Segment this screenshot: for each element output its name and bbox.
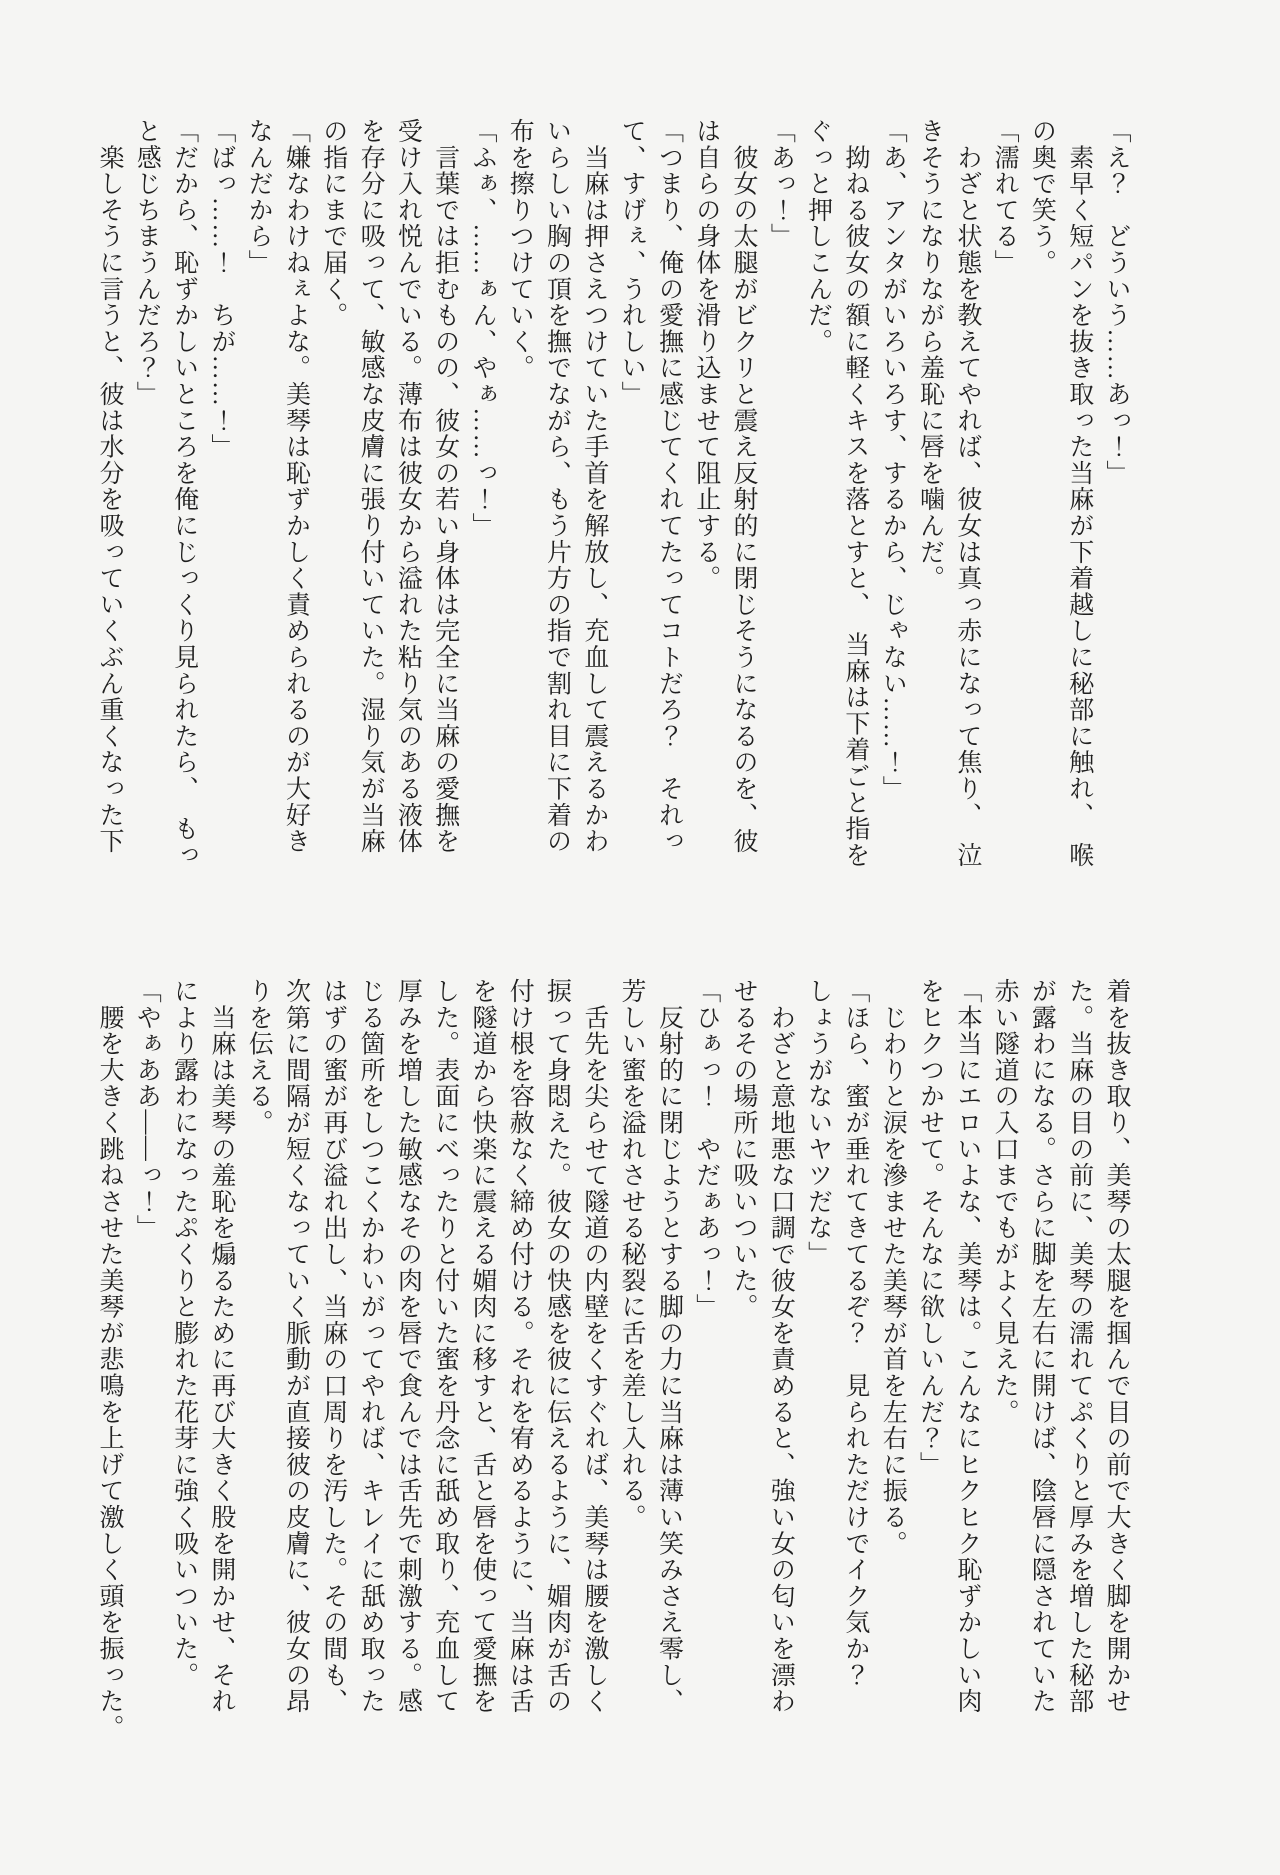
text-column: 舌先を尖らせて隧道の内壁をくすぐれば、美琴は腰を激しく (576, 978, 613, 1778)
text-column: 赤い隧道の入口までもがよく見えた。 (986, 978, 1023, 1778)
text-column: はずの蜜が再び溢れ出し、当麻の口周りを汚した。その間も、 (314, 978, 351, 1778)
text-column: 拗ねる彼女の額に軽くキスを落とすと、 当麻は下着ごと指を (837, 118, 874, 890)
text-column: 付け根を容赦なく締め付ける。それを宥めるように、当麻は舌 (501, 978, 538, 1778)
novel-page: 「え？ どういう……あっ！」 素早く短パンを抜き取った当麻が下着越しに秘部に触れ… (0, 0, 1280, 1875)
text-column: じる箇所をしつこくかわいがってやれば、キレイに舐め取った (352, 978, 389, 1778)
text-column: した。表面にべったりと付いた蜜を丹念に舐め取り、充血して (426, 978, 463, 1778)
text-column: なんだから」 (240, 118, 277, 890)
text-column: いらしい胸の頂を撫でながら、もう片方の指で割れ目に下着の (538, 118, 575, 890)
text-column: をヒクつかせて。そんなに欲しいんだ？」 (911, 978, 948, 1778)
text-column: 捩って身悶えた。彼女の快感を彼に伝えるように、媚肉が舌の (538, 978, 575, 1778)
text-column: せるその場所に吸いついた。 (725, 978, 762, 1778)
text-column: 「やぁああ――っ！」 (128, 978, 165, 1778)
text-column: 「本当にエロいよな、美琴は。こんなにヒクヒク恥ずかしい肉 (949, 978, 986, 1778)
text-column: 厚みを増した敏感なその肉を唇で食んでは舌先で刺激する。感 (389, 978, 426, 1778)
text-column: ぐっと押しこんだ。 (799, 118, 836, 890)
bottom-text-block: 着を抜き取り、美琴の太腿を掴んで目の前で大きく脚を開かせた。当麻の目の前に、美琴… (91, 978, 1135, 1778)
text-column: 次第に間隔が短くなっていく脈動が直接彼の皮膚に、彼女の昂 (277, 978, 314, 1778)
text-column: 「つまり、俺の愛撫に感じてくれてたってコトだろ？ それっ (650, 118, 687, 890)
text-column: 受け入れ悦んでいる。薄布は彼女から溢れた粘り気のある液体 (389, 118, 426, 890)
text-column: 「だから、恥ずかしいところを俺にじっくり見られたら、 もっ (165, 118, 202, 890)
text-column: 「え？ どういう……あっ！」 (1098, 118, 1135, 890)
text-column: 「あ、アンタがいろいろす、するから、じゃない……！」 (874, 118, 911, 890)
text-column: 「ばっ……！ ちが……！」 (203, 118, 240, 890)
text-column: じわりと涙を滲ませた美琴が首を左右に振る。 (874, 978, 911, 1778)
text-column: わざと意地悪な口調で彼女を責めると、強い女の匂いを漂わ (762, 978, 799, 1778)
text-column: 彼女の太腿がビクリと震え反射的に閉じそうになるのを、彼 (725, 118, 762, 890)
text-column: 「あっ！」 (762, 118, 799, 890)
text-column: 腰を大きく跳ねさせた美琴が悲鳴を上げて激しく頭を振った。 (91, 978, 128, 1778)
text-column: 「ふぁ、……ぁん、やぁ……っ！」 (464, 118, 501, 890)
text-column: きそうになりながら羞恥に唇を噛んだ。 (911, 118, 948, 890)
text-column: を存分に吸って、敏感な皮膚に張り付いていた。湿り気が当麻 (352, 118, 389, 890)
text-column: しょうがないヤツだな」 (799, 978, 836, 1778)
text-column: て、すげぇ、うれしい」 (613, 118, 650, 890)
text-column: の奥で笑う。 (1023, 118, 1060, 890)
text-column: 「濡れてる」 (986, 118, 1023, 890)
text-column: と感じちまうんだろ？」 (128, 118, 165, 890)
top-text-block: 「え？ どういう……あっ！」 素早く短パンを抜き取った当麻が下着越しに秘部に触れ… (91, 118, 1135, 890)
text-column: 芳しい蜜を溢れさせる秘裂に舌を差し入れる。 (613, 978, 650, 1778)
text-column: 着を抜き取り、美琴の太腿を掴んで目の前で大きく脚を開かせ (1098, 978, 1135, 1778)
text-column: 反射的に閉じようとする脚の力に当麻は薄い笑みさえ零し、 (650, 978, 687, 1778)
text-column: の指にまで届く。 (314, 118, 351, 890)
text-column: により露わになったぷくりと膨れた花芽に強く吸いついた。 (165, 978, 202, 1778)
text-column: 「嫌なわけねぇよな。美琴は恥ずかしく責められるのが大好き (277, 118, 314, 890)
text-column: た。当麻の目の前に、美琴の濡れてぷくりと厚みを増した秘部 (1060, 978, 1097, 1778)
text-column: 「ほら、蜜が垂れてきてるぞ？ 見られただけでイク気か？ (837, 978, 874, 1778)
text-column: 当麻は美琴の羞恥を煽るために再び大きく股を開かせ、それ (203, 978, 240, 1778)
text-column: りを伝える。 (240, 978, 277, 1778)
text-column: わざと状態を教えてやれば、彼女は真っ赤になって焦り、 泣 (949, 118, 986, 890)
text-column: 言葉では拒むものの、彼女の若い身体は完全に当麻の愛撫を (426, 118, 463, 890)
text-column: を隧道から快楽に震える媚肉に移すと、舌と唇を使って愛撫を (464, 978, 501, 1778)
text-column: が露わになる。さらに脚を左右に開けば、陰唇に隠されていた (1023, 978, 1060, 1778)
text-column: は自らの身体を滑り込ませて阻止する。 (687, 118, 724, 890)
text-column: 素早く短パンを抜き取った当麻が下着越しに秘部に触れ、 喉 (1060, 118, 1097, 890)
text-column: 「ひぁっ！ やだぁあっ！」 (687, 978, 724, 1778)
text-column: 楽しそうに言うと、彼は水分を吸っていくぶん重くなった下 (91, 118, 128, 890)
text-column: 当麻は押さえつけていた手首を解放し、充血して震えるかわ (576, 118, 613, 890)
text-column: 布を擦りつけていく。 (501, 118, 538, 890)
